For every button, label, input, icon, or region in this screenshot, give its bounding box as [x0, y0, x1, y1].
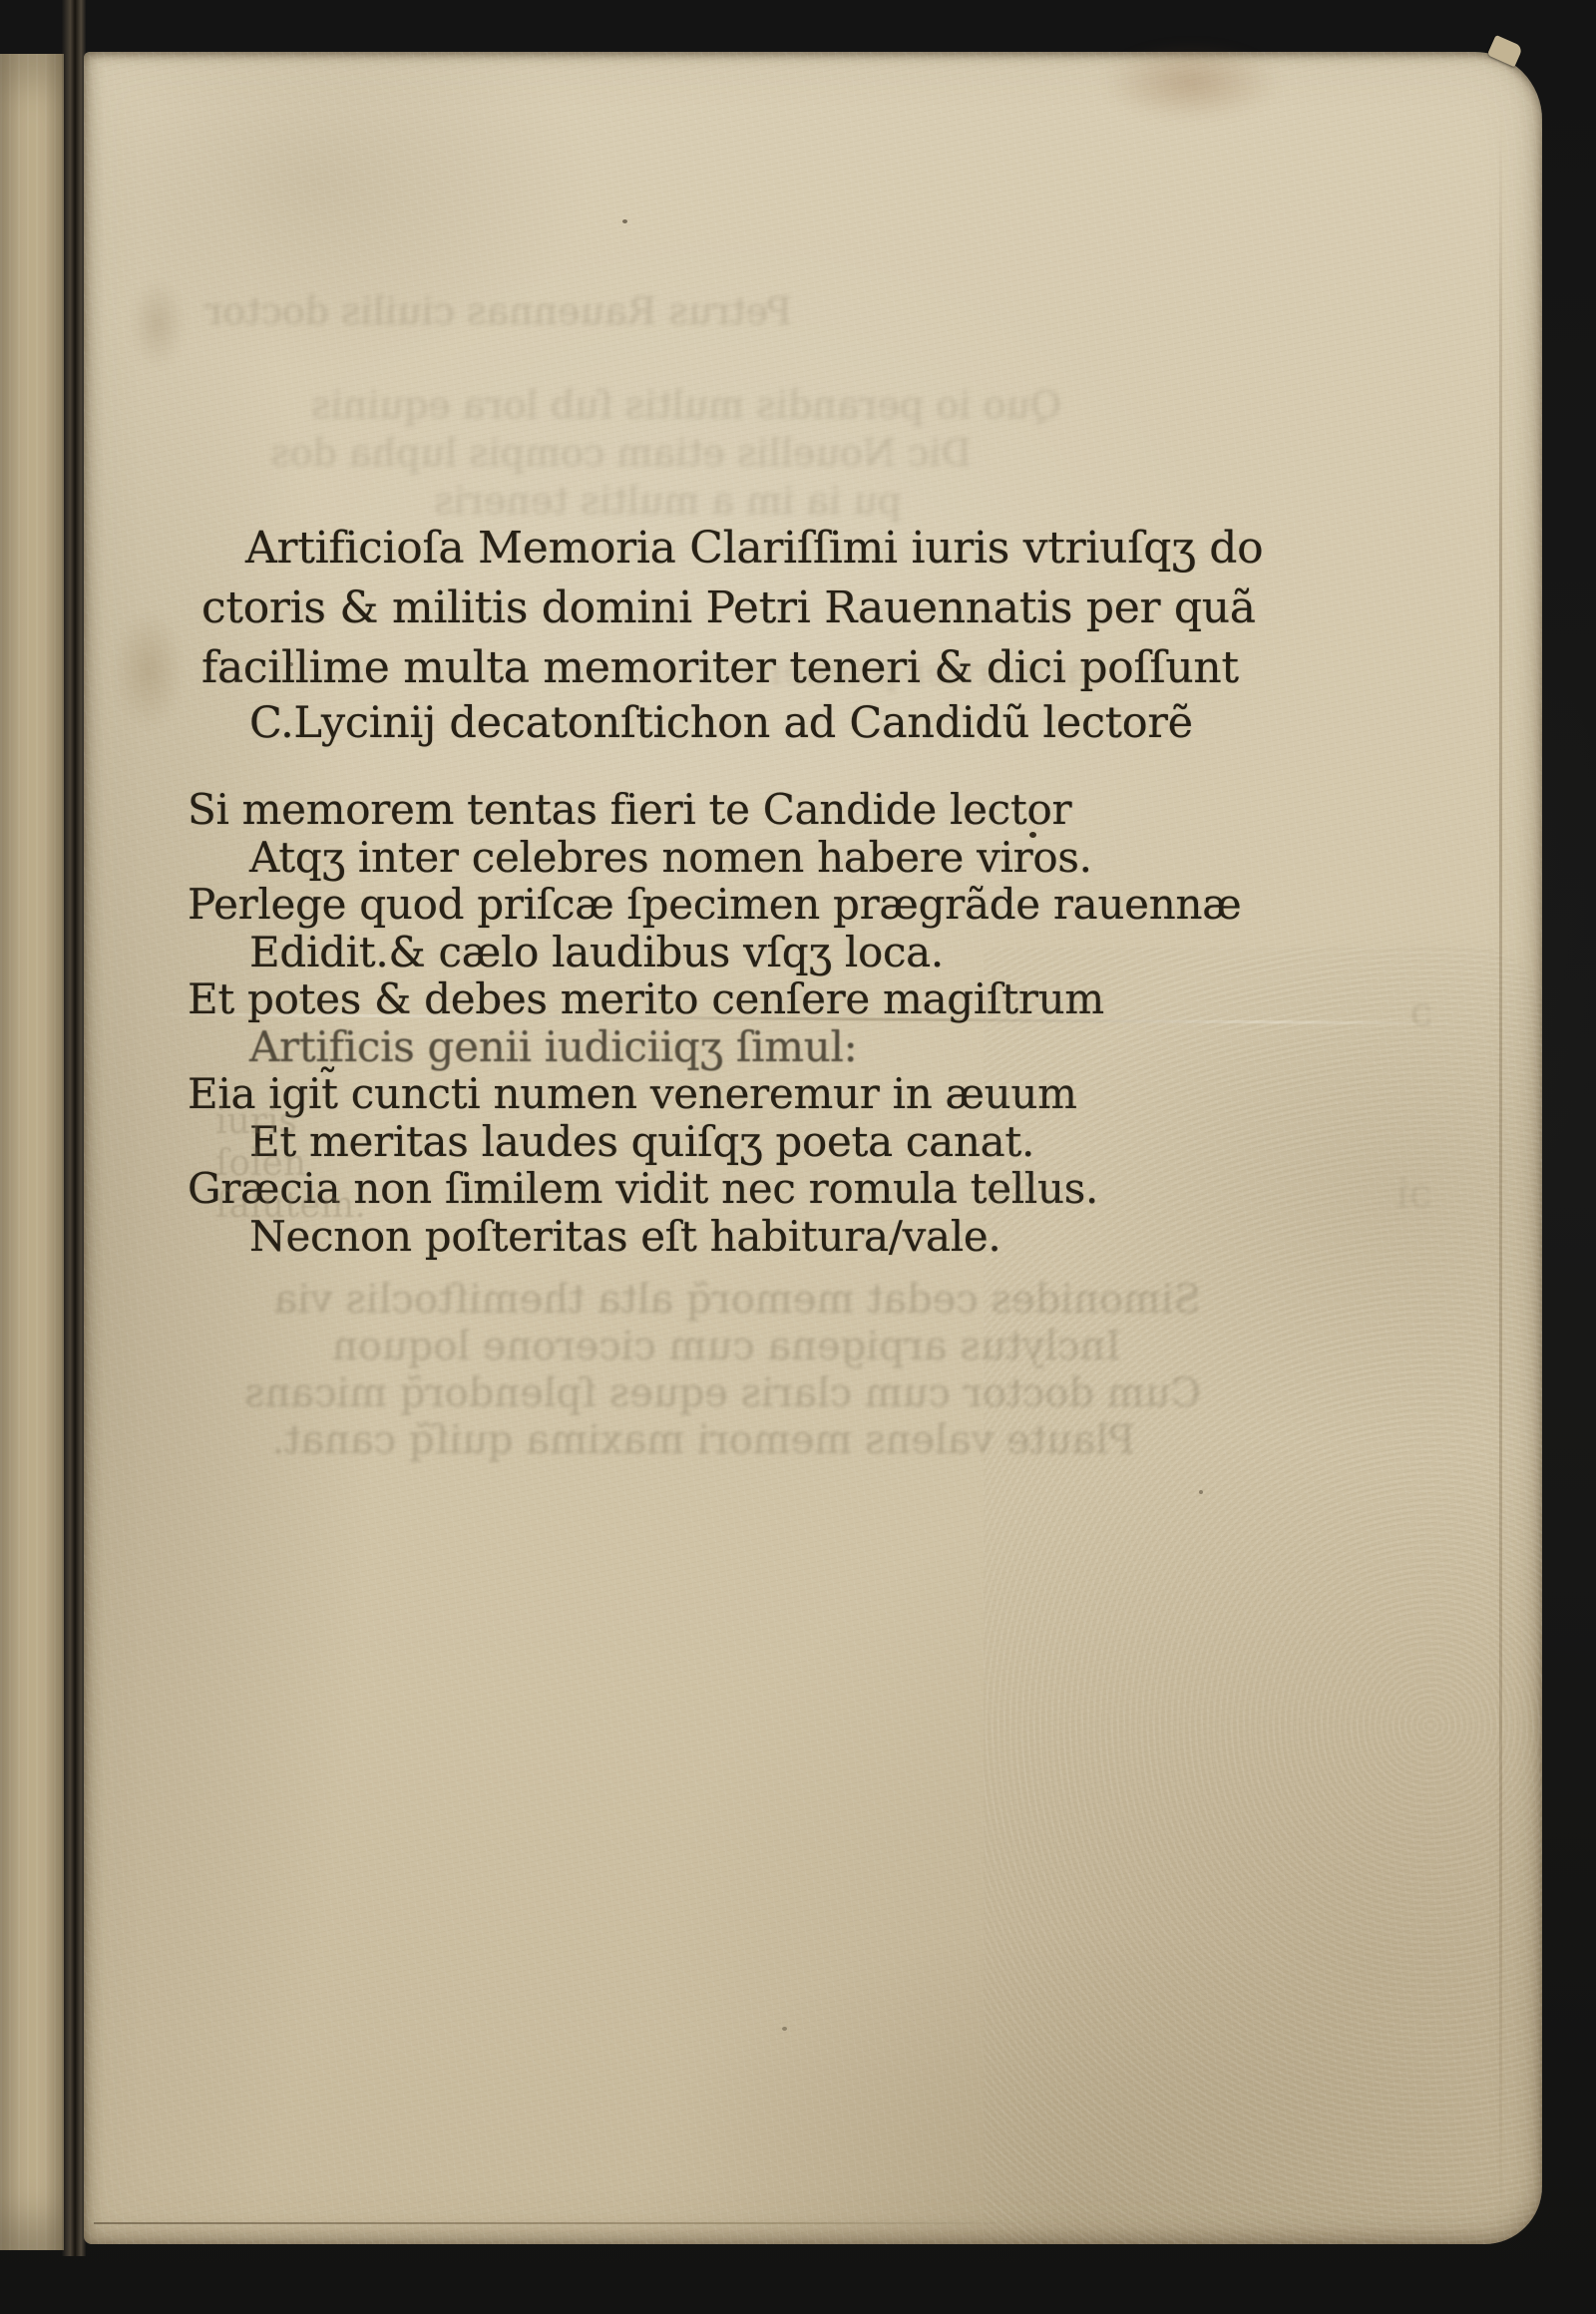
torn-corner-tab — [1487, 35, 1523, 67]
gutter-shadow — [62, 0, 86, 2256]
bleedthrough-line: Quo io perandis multis ſub lora equinis — [243, 381, 1061, 429]
flyleaf-page-edge — [0, 54, 64, 2250]
poem-line: Et meritas laudes quiſqʒ poeta canat. — [249, 1118, 1241, 1166]
bottom-crease — [94, 2222, 1031, 2224]
bleedthrough-line: Inclytus arpigena cum cicerone loquon — [203, 1324, 1121, 1370]
bleedthrough-line: Simonides cedat memorq̃ alta themiſtocli… — [203, 1277, 1201, 1324]
top-stain — [1101, 42, 1281, 122]
poem-line-faded: Artificis genii iudiciiqʒ ſimul: — [249, 1023, 1241, 1071]
poem-line: Edidit.& cælo laudibus vſqʒ loca. — [249, 929, 1241, 976]
poem-line: Græcia non ſimilem vidit nec romula tell… — [188, 1165, 1241, 1213]
ink-speck — [782, 2027, 787, 2031]
bleedthrough-line: Cum doctor cum claris eques ſplendorq̃ m… — [203, 1370, 1201, 1417]
title-line: facillime multa memoriter teneri & dici … — [201, 638, 1263, 698]
title-line: ctoris & militis domini Petri Rauennatis… — [201, 578, 1263, 638]
poem-line: Et potes & debes merito cenſere magiſtru… — [188, 975, 1241, 1023]
stain-smudge — [114, 610, 184, 730]
poem-line: Necnon poſteritas eſt habitura/vale. — [249, 1213, 1241, 1261]
poem-block: Si memorem tentas fieri te Candide lecto… — [188, 786, 1241, 1260]
poem-line: Perlege quod priſcæ ſpecimen prægrãde ra… — [188, 881, 1241, 929]
book-page: Petrus Rauennas ciuilis doctor Quo io pe… — [84, 52, 1542, 2244]
bleedthrough-line: pu ia im a multis teneris — [243, 477, 902, 525]
bleedthrough-line: Plaute valens memori maxima quiſq̃ canat… — [203, 1417, 1135, 1464]
poem-line: Si memorem tentas fieri te Candide lecto… — [188, 786, 1241, 834]
bleedthrough-top-line: Petrus Rauennas ciuilis doctor — [273, 289, 792, 333]
page-edge-crack — [1499, 112, 1502, 2246]
title-line: Artificioſa Memoria Clariſſimi iuris vtr… — [245, 519, 1263, 578]
bleedthrough-lower-block: Simonides cedat memorq̃ alta themiſtocli… — [203, 1277, 1201, 1464]
ink-speck — [1029, 832, 1036, 838]
poem-line: Atqʒ inter celebres nomen habere viros. — [249, 834, 1241, 882]
poem-dedication-line: C.Lycinij decatonſtichon ad Candidũ lect… — [249, 698, 1193, 748]
bleedthrough-right-fragment: ɔ — [1410, 989, 1432, 1035]
ink-speck — [289, 662, 293, 666]
stain-smudge — [130, 279, 186, 369]
bleedthrough-line: Dic Nouellis etiam compis lupha dos — [243, 429, 972, 477]
poem-line: Eia igit̃ cuncti numen veneremur in æuum — [188, 1070, 1241, 1118]
ink-speck — [1199, 1490, 1203, 1494]
book-photograph: Petrus Rauennas ciuilis doctor Quo io pe… — [0, 0, 1596, 2314]
title-paragraph: Artificioſa Memoria Clariſſimi iuris vtr… — [201, 519, 1263, 698]
bleedthrough-right-fragment: ɔi — [1396, 1171, 1431, 1217]
bleedthrough-upper-block: Quo io perandis multis ſub lora equinis … — [243, 381, 1061, 525]
ink-speck — [622, 219, 627, 223]
